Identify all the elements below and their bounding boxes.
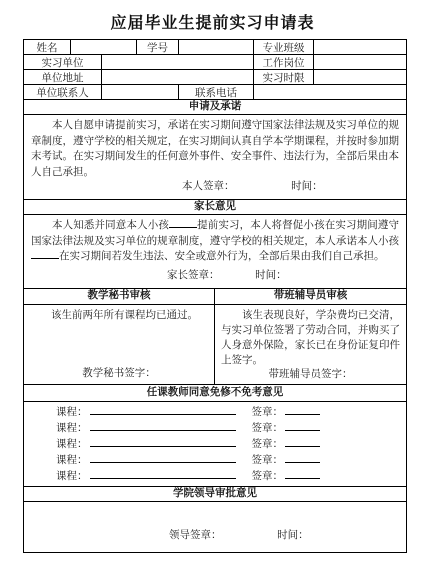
leader-signature-label: 领导签章： [169,530,222,541]
unit-contact-label: 单位联系人 [24,85,102,100]
child-name-blank-2[interactable] [31,249,59,259]
unit-address-field[interactable] [102,70,254,85]
applicant-date-label: 时间： [291,181,323,192]
course-label: 课程： [56,455,88,466]
leadership-section-header: 学院领导审批意见 [24,487,406,502]
course-signature-label: 签章： [252,455,284,466]
secretary-signature-label: 教学秘书签字： [24,367,214,384]
application-statement: 本人自愿申请提前实习，承诺在实习期间遵守国家法律法规及实习单位的规章制度，遵守学… [24,115,406,180]
secretary-review-comment: 该生前两年所有课程均已通过。 [24,305,214,323]
course-exemption-row: 课程：签章： [24,469,406,485]
secretary-review-header: 教学秘书审核 [24,289,215,304]
parent-statement-text-3: 在实习期间若发生违法、安全或意外行为，全部后果由我们自己承担。 [59,251,385,262]
contact-phone-field[interactable] [254,85,406,100]
course-label: 课程： [56,471,88,482]
name-field[interactable] [71,40,137,55]
leader-date-label: 时间： [277,530,309,541]
course-exemption-header: 任课教师同意免修不免考意见 [24,385,406,402]
course-signature-blank[interactable] [285,469,320,479]
major-class-label: 专业班级 [254,40,314,55]
course-name-blank[interactable] [90,453,236,463]
course-signature-blank[interactable] [285,405,320,415]
review-header-row: 教学秘书审核 带班辅导员审核 [24,289,406,305]
course-signature-label: 签章： [252,423,284,434]
parent-section-body: 本人知悉并同意本人小孩提前实习，本人将督促小孩在实习期间遵守国家法律法规及实习单… [24,215,406,289]
parent-statement-text-1: 本人知悉并同意本人小孩 [52,220,169,231]
counselor-review-cell: 该生表现良好，学杂费均已交清，与实习单位签署了劳动合同，并购买了人身意外保险，家… [215,305,406,384]
internship-unit-field[interactable] [102,55,254,70]
parent-signature-label: 家长签章： [167,270,220,281]
major-class-field[interactable] [314,40,406,55]
course-exemption-row: 课程：签章： [24,421,406,437]
course-name-blank[interactable] [90,421,236,431]
internship-unit-label: 实习单位 [24,55,102,70]
leader-signature-row: 领导签章： 时间： [24,529,406,552]
application-section-header: 申请及承诺 [24,100,406,115]
course-signature-label: 签章： [252,439,284,450]
course-exemption-row: 课程：签章： [24,405,406,421]
course-name-blank[interactable] [90,405,236,415]
course-name-blank[interactable] [90,469,236,479]
application-form-page: 应届毕业生提前实习申请表 姓名 学号 专业班级 实习单位 工作岗位 单位地址 实… [0,0,425,567]
course-exemption-row: 课程：签章： [24,437,406,453]
counselor-review-comment: 该生表现良好，学杂费均已交清，与实习单位签署了劳动合同，并购买了人身意外保险，家… [215,305,406,368]
student-info-grid: 姓名 学号 专业班级 实习单位 工作岗位 单位地址 实习时限 单位联系人 联系电… [24,40,406,100]
student-id-field[interactable] [179,40,254,55]
leadership-section-body: 领导签章： 时间： [24,502,406,552]
counselor-review-header: 带班辅导员审核 [215,289,406,304]
secretary-review-cell: 该生前两年所有课程均已通过。 教学秘书签字： [24,305,215,384]
application-form-table: 姓名 学号 专业班级 实习单位 工作岗位 单位地址 实习时限 单位联系人 联系电… [23,39,407,553]
course-signature-blank[interactable] [285,453,320,463]
application-section-body: 本人自愿申请提前实习，承诺在实习期间遵守国家法律法规及实习单位的规章制度，遵守学… [24,115,406,200]
child-name-blank-1[interactable] [169,218,197,228]
course-label: 课程： [56,439,88,450]
course-signature-label: 签章： [252,471,284,482]
course-signature-label: 签章： [252,407,284,418]
work-position-field[interactable] [314,55,406,70]
unit-address-label: 单位地址 [24,70,102,85]
course-label: 课程： [56,407,88,418]
page-title: 应届毕业生提前实习申请表 [0,10,425,33]
counselor-signature-label: 带班辅导员签字： [215,368,406,385]
parent-signature-row: 家长签章： 时间： [24,269,406,288]
applicant-signature-label: 本人签章： [182,181,235,192]
internship-duration-label: 实习时限 [254,70,314,85]
parent-statement: 本人知悉并同意本人小孩提前实习，本人将督促小孩在实习期间遵守国家法律法规及实习单… [24,215,406,265]
name-label: 姓名 [24,40,71,55]
internship-duration-field[interactable] [314,70,406,85]
work-position-label: 工作岗位 [254,55,314,70]
student-id-label: 学号 [137,40,179,55]
course-name-blank[interactable] [90,437,236,447]
course-label: 课程： [56,423,88,434]
course-exemption-section: 课程：签章： 课程：签章： 课程：签章： 课程：签章： 课程：签章： [24,402,406,487]
parent-date-label: 时间： [255,270,287,281]
course-signature-blank[interactable] [285,437,320,447]
review-body-row: 该生前两年所有课程均已通过。 教学秘书签字： 该生表现良好，学杂费均已交清，与实… [24,305,406,385]
course-exemption-row: 课程：签章： [24,453,406,469]
parent-section-header: 家长意见 [24,200,406,215]
course-signature-blank[interactable] [285,421,320,431]
applicant-signature-row: 本人签章： 时间： [24,180,406,199]
unit-contact-field[interactable] [102,85,179,100]
contact-phone-label: 联系电话 [179,85,254,100]
